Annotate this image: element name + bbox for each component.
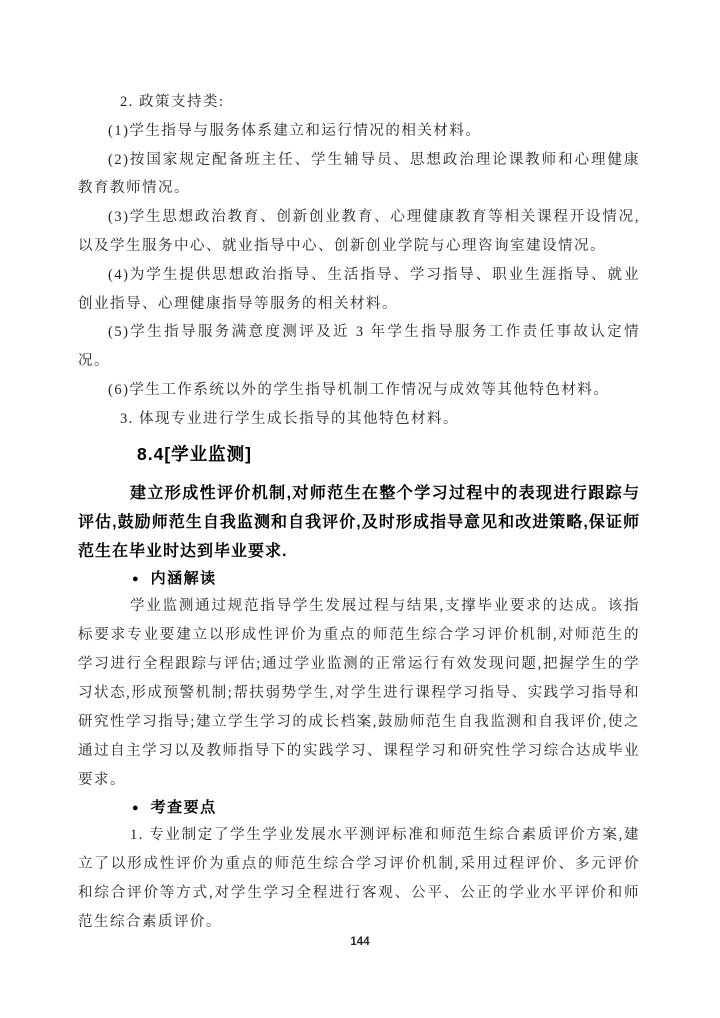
bullet-icon: ●: [132, 795, 139, 821]
bullet-title-key-points: 考查要点: [151, 795, 217, 821]
section-body-key-points: 1. 专业制定了学生学业发展水平测评标准和师范生综合素质评价方案,建立了以形成性…: [78, 821, 640, 937]
list-item-5: (5)学生指导服务满意度测评及近 3 年学生指导服务工作责任事故认定情况。: [78, 318, 640, 376]
document-page: 2. 政策支持类: (1)学生指导与服务体系建立和运行情况的相关材料。 (2)按…: [0, 0, 720, 1018]
document-content: 2. 政策支持类: (1)学生指导与服务体系建立和运行情况的相关材料。 (2)按…: [0, 0, 720, 937]
list-item-4: (4)为学生提供思想政治指导、生活指导、学习指导、职业生涯指导、就业创业指导、心…: [78, 261, 640, 319]
bullet-title-connotation: 内涵解读: [151, 566, 217, 592]
list-item-3: (3)学生思想政治教育、创新创业教育、心理健康教育等相关课程开设情况,以及学生服…: [78, 203, 640, 261]
bullet-item-connotation: ● 内涵解读: [78, 566, 640, 592]
list-item-6: (6)学生工作系统以外的学生指导机制工作情况与成效等其他特色材料。: [78, 376, 640, 405]
page-footer: 144: [0, 932, 720, 950]
section-heading: 8.4[学业监测]: [78, 439, 640, 470]
page-number: 144: [350, 936, 369, 948]
list-item-2: (2)按国家规定配备班主任、学生辅导员、思想政治理论课教师和心理健康教育教师情况…: [78, 146, 640, 204]
bullet-icon: ●: [132, 566, 139, 592]
list-item-policy-support: 2. 政策支持类:: [78, 88, 640, 117]
list-item-1: (1)学生指导与服务体系建立和运行情况的相关材料。: [78, 117, 640, 146]
section-body-connotation: 学业监测通过规范指导学生发展过程与结果,支撑毕业要求的达成。该指标要求专业要建立…: [78, 592, 640, 795]
bullet-item-key-points: ● 考查要点: [78, 795, 640, 821]
intro-paragraph: 建立形成性评价机制,对师范生在整个学习过程中的表现进行跟踪与评估,鼓励师范生自我…: [78, 479, 640, 566]
list-item-other-materials: 3. 体现专业进行学生成长指导的其他特色材料。: [78, 405, 640, 434]
